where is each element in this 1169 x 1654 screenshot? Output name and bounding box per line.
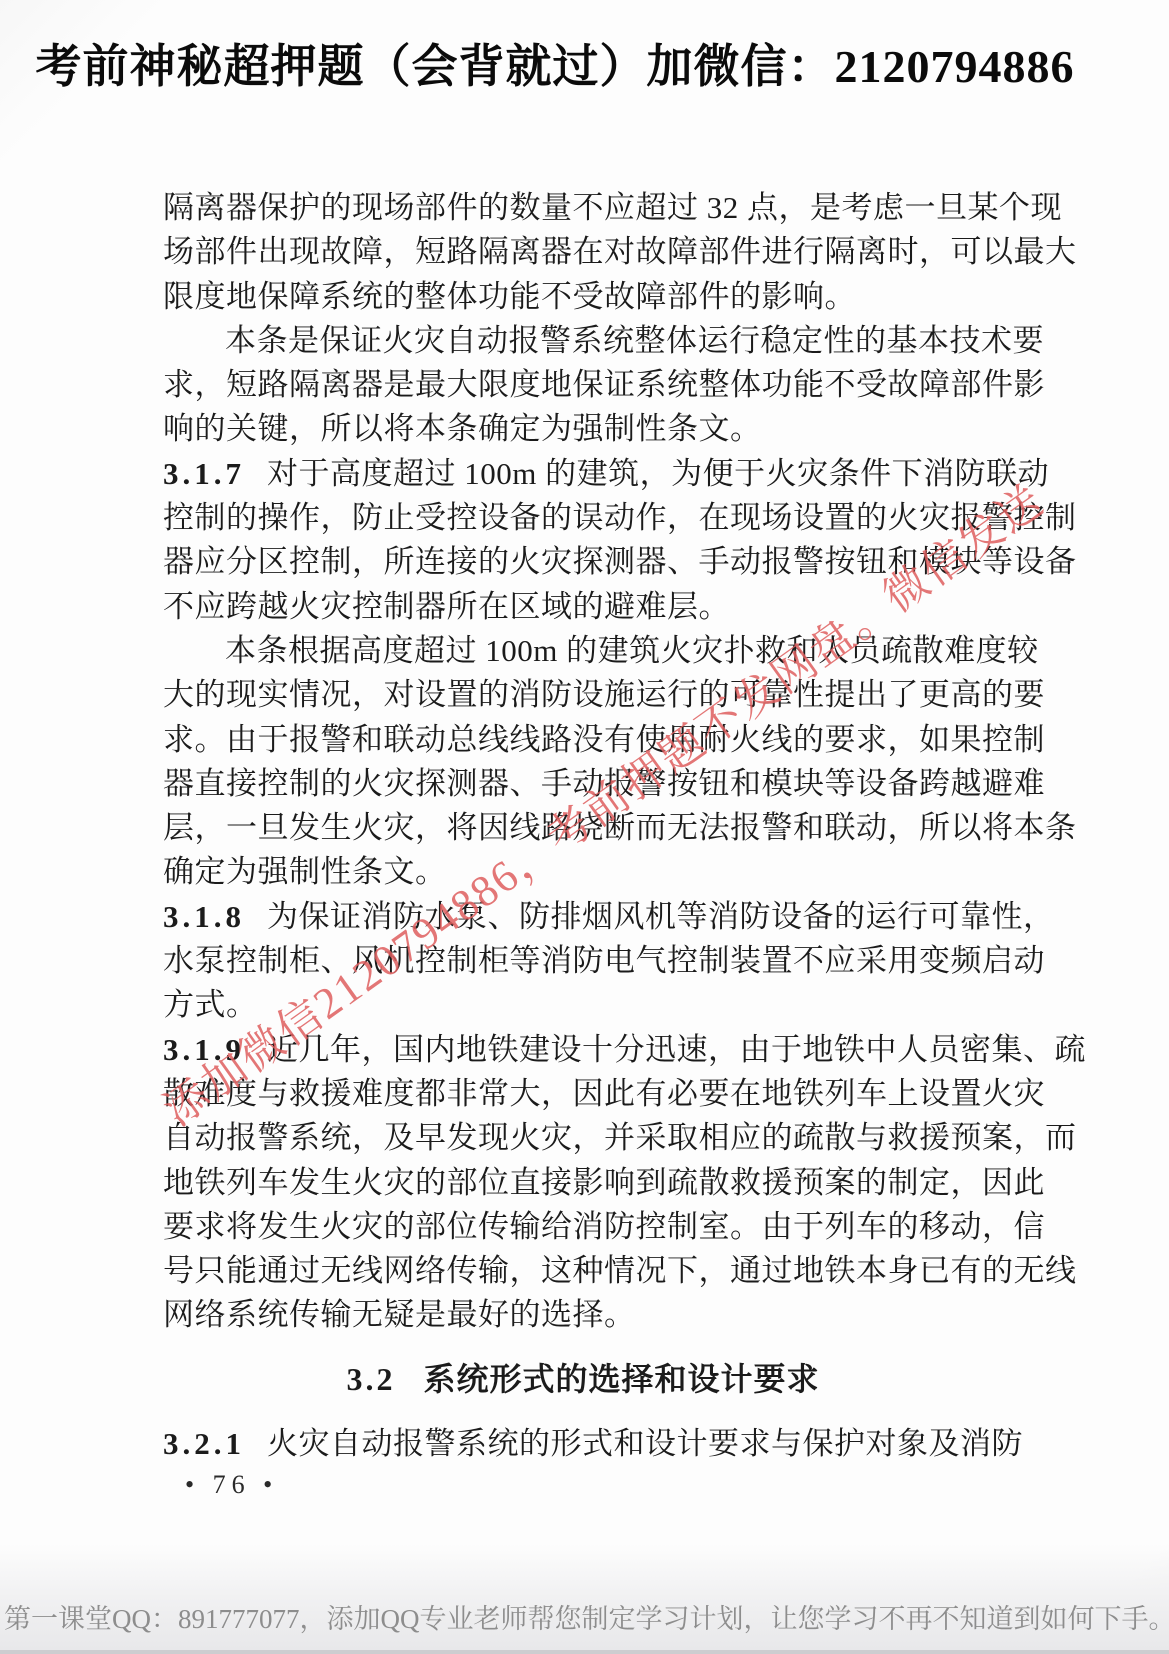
line-text: 确定为强制性条文。 (163, 854, 447, 889)
line-text: 求，短路隔离器是最大限度地保证系统整体功能不受故障部件影 (163, 367, 1045, 402)
text-line: 3.1.8为保证消防水泵、防排烟风机等消防设备的运行可靠性， (163, 895, 1003, 939)
line-text: 近几年，国内地铁建设十分迅速，由于地铁中人员密集、疏 (267, 1032, 1086, 1067)
text-line: 自动报警系统，及早发现火灾，并采取相应的疏散与救援预案，而 (163, 1116, 1003, 1160)
line-text: 系统形式的选择和设计要求 (423, 1361, 819, 1397)
page-number: • 76 • (185, 1470, 278, 1500)
line-text: 要求将发生火灾的部位传输给消防控制室。由于列车的移动，信 (163, 1209, 1045, 1244)
text-line: 3.2.1火灾自动报警系统的形式和设计要求与保护对象及消防 (163, 1422, 1003, 1466)
text-line: 层，一旦发生火灾，将因线路烧断而无法报警和联动，所以将本条 (163, 806, 1003, 850)
text-line: 不应跨越火灾控制器所在区域的避难层。 (163, 585, 1003, 629)
line-text: 场部件出现故障，短路隔离器在对故障部件进行隔离时，可以最大 (163, 234, 1077, 269)
line-text: 对于高度超过 100m 的建筑，为便于火灾条件下消防联动 (267, 456, 1049, 491)
line-text: 大的现实情况，对设置的消防设施运行的可靠性提出了更高的要 (163, 677, 1045, 712)
line-text: 本条根据高度超过 100m 的建筑火灾扑救和人员疏散难度较 (225, 633, 1039, 668)
text-line: 器直接控制的火灾探测器、手动报警按钮和模块等设备跨越避难 (163, 762, 1003, 806)
line-text: 为保证消防水泵、防排烟风机等消防设备的运行可靠性， (267, 899, 1055, 934)
section-heading: 3.2系统形式的选择和设计要求 (163, 1357, 1003, 1401)
line-text: 本条是保证火灾自动报警系统整体运行稳定性的基本技术要 (225, 323, 1044, 358)
clause-number: 3.2 (346, 1361, 395, 1397)
clause-number: 3.2.1 (163, 1426, 245, 1461)
text-line: 隔离器保护的现场部件的数量不应超过 32 点，是考虑一旦某个现 (163, 186, 1003, 230)
footer-band: 第一课堂QQ：891777077，添加QQ专业老师帮您制定学习计划，让您学习不再… (0, 1544, 1169, 1654)
line-text: 限度地保障系统的整体功能不受故障部件的影响。 (163, 279, 856, 314)
text-line: 3.1.7对于高度超过 100m 的建筑，为便于火灾条件下消防联动 (163, 452, 1003, 496)
document-page: 考前神秘超押题（会背就过）加微信：2120794886 隔离器保护的现场部件的数… (0, 0, 1169, 1654)
text-line: 求。由于报警和联动总线线路没有使用耐火线的要求，如果控制 (163, 718, 1003, 762)
line-text: 散难度与救援难度都非常大，因此有必要在地铁列车上设置火灾 (163, 1076, 1045, 1111)
text-line: 场部件出现故障，短路隔离器在对故障部件进行隔离时，可以最大 (163, 230, 1003, 274)
text-line: 本条根据高度超过 100m 的建筑火灾扑救和人员疏散难度较 (163, 629, 1003, 673)
line-text: 器直接控制的火灾探测器、手动报警按钮和模块等设备跨越避难 (163, 766, 1045, 801)
line-text: 响的关键，所以将本条确定为强制性条文。 (163, 411, 762, 446)
text-line: 3.1.9近几年，国内地铁建设十分迅速，由于地铁中人员密集、疏 (163, 1028, 1003, 1072)
page-header-title: 考前神秘超押题（会背就过）加微信：2120794886 (0, 30, 1110, 96)
text-line: 散难度与救援难度都非常大，因此有必要在地铁列车上设置火灾 (163, 1072, 1003, 1116)
text-line: 响的关键，所以将本条确定为强制性条文。 (163, 407, 1003, 451)
line-text: 隔离器保护的现场部件的数量不应超过 32 点，是考虑一旦某个现 (163, 190, 1062, 225)
text-line: 求，短路隔离器是最大限度地保证系统整体功能不受故障部件影 (163, 363, 1003, 407)
text-line: 大的现实情况，对设置的消防设施运行的可靠性提出了更高的要 (163, 673, 1003, 717)
footer-note: 第一课堂QQ：891777077，添加QQ专业老师帮您制定学习计划，让您学习不再… (4, 1597, 1169, 1636)
text-line: 限度地保障系统的整体功能不受故障部件的影响。 (163, 275, 1003, 319)
line-text: 水泵控制柜、风机控制柜等消防电气控制装置不应采用变频启动 (163, 943, 1045, 978)
line-text: 号只能通过无线网络传输，这种情况下，通过地铁本身已有的无线 (163, 1253, 1077, 1288)
line-text: 层，一旦发生火灾，将因线路烧断而无法报警和联动，所以将本条 (163, 810, 1077, 845)
clause-number: 3.1.9 (163, 1032, 245, 1067)
line-text: 火灾自动报警系统的形式和设计要求与保护对象及消防 (267, 1426, 1023, 1461)
line-text: 控制的操作，防止受控设备的误动作，在现场设置的火灾报警控制 (163, 500, 1077, 535)
text-line: 地铁列车发生火灾的部位直接影响到疏散救援预案的制定，因此 (163, 1161, 1003, 1205)
text-line: 本条是保证火灾自动报警系统整体运行稳定性的基本技术要 (163, 319, 1003, 363)
text-line: 器应分区控制，所连接的火灾探测器、手动报警按钮和模块等设备 (163, 540, 1003, 584)
clause-number: 3.1.7 (163, 456, 245, 491)
line-text: 不应跨越火灾控制器所在区域的避难层。 (163, 589, 730, 624)
text-line: 网络系统传输无疑是最好的选择。 (163, 1293, 1003, 1337)
line-text: 方式。 (163, 987, 258, 1022)
line-text: 地铁列车发生火灾的部位直接影响到疏散救援预案的制定，因此 (163, 1165, 1045, 1200)
text-line: 要求将发生火灾的部位传输给消防控制室。由于列车的移动，信 (163, 1205, 1003, 1249)
line-text: 网络系统传输无疑是最好的选择。 (163, 1297, 636, 1332)
text-line: 水泵控制柜、风机控制柜等消防电气控制装置不应采用变频启动 (163, 939, 1003, 983)
text-line: 方式。 (163, 983, 1003, 1027)
clause-number: 3.1.8 (163, 899, 245, 934)
line-text: 自动报警系统，及早发现火灾，并采取相应的疏散与救援预案，而 (163, 1120, 1077, 1155)
line-text: 器应分区控制，所连接的火灾探测器、手动报警按钮和模块等设备 (163, 544, 1077, 579)
line-text: 求。由于报警和联动总线线路没有使用耐火线的要求，如果控制 (163, 722, 1045, 757)
text-line: 控制的操作，防止受控设备的误动作，在现场设置的火灾报警控制 (163, 496, 1003, 540)
text-line: 号只能通过无线网络传输，这种情况下，通过地铁本身已有的无线 (163, 1249, 1003, 1293)
text-line: 确定为强制性条文。 (163, 850, 1003, 894)
document-body: 隔离器保护的现场部件的数量不应超过 32 点，是考虑一旦某个现场部件出现故障，短… (163, 186, 1003, 1466)
